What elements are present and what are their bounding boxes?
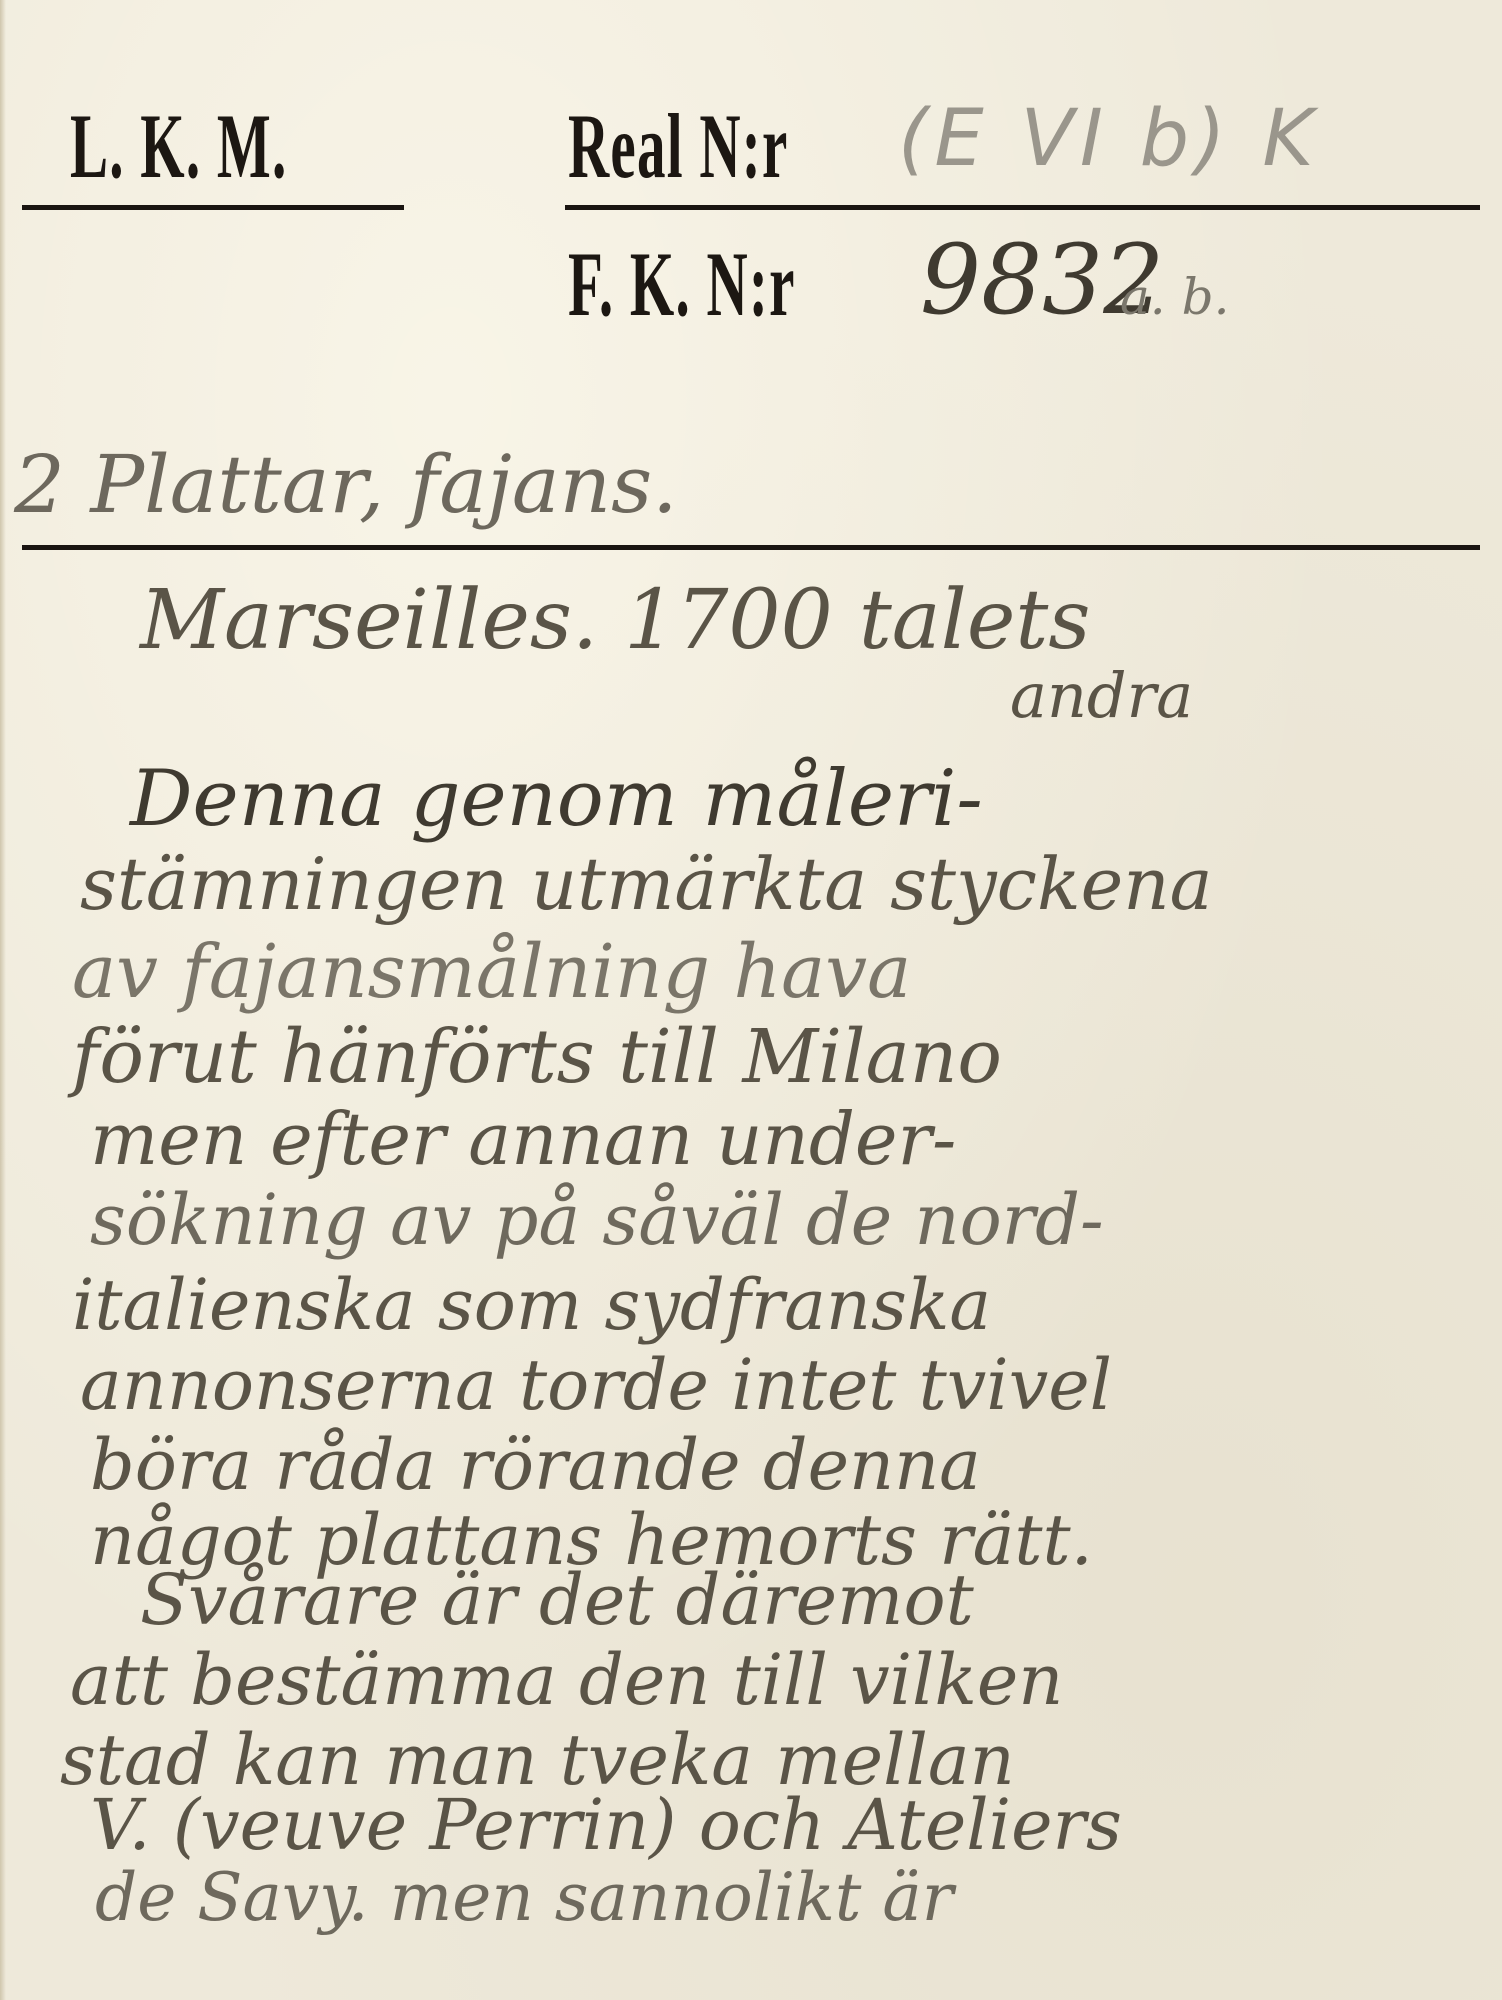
real-nr-label: Real N:r	[568, 100, 789, 192]
header-rule-left	[22, 205, 404, 210]
body-line-16: V. (veuve Perrin) och Ateliers	[90, 1790, 1122, 1860]
body-line-8: sökning av på såväl de nord-	[90, 1185, 1104, 1255]
institution-label: L. K. M.	[70, 100, 287, 192]
body-line-7: men efter annan under-	[90, 1103, 956, 1175]
body-line-5: av fajansmålning hava	[72, 935, 911, 1009]
fk-nr-suffix: a. b.	[1120, 272, 1230, 322]
body-line-6: förut hänförts till Milano	[72, 1020, 1002, 1094]
body-line-10: annonserna torde intet tvivel	[80, 1350, 1112, 1420]
header-rule-right	[565, 205, 1480, 210]
body-line-13: Svårare är det däremot	[140, 1565, 974, 1635]
object-title: 2 Plattar, fajans.	[14, 445, 678, 525]
body-line-17: de Savy. men sannolikt är	[95, 1865, 953, 1931]
body-line-14: att bestämma den till vilken	[70, 1645, 1063, 1715]
body-line-4: stämningen utmärkta styckena	[80, 848, 1213, 920]
real-nr-value: (E VI b) K	[898, 100, 1320, 178]
body-line-2: andra	[1010, 665, 1193, 727]
catalogue-card: L. K. M. Real N:r (E VI b) K F. K. N:r 9…	[0, 0, 1502, 2000]
body-line-1: Marseilles. 1700 talets	[140, 580, 1090, 662]
title-rule	[22, 545, 1480, 550]
card-edge-shadow	[0, 0, 6, 2000]
body-line-3: Denna genom måleri-	[130, 760, 983, 838]
body-line-11: böra råda rörande denna	[90, 1430, 981, 1500]
body-line-9: italienska som sydfranska	[72, 1270, 991, 1340]
fk-nr-label: F. K. N:r	[568, 238, 796, 330]
